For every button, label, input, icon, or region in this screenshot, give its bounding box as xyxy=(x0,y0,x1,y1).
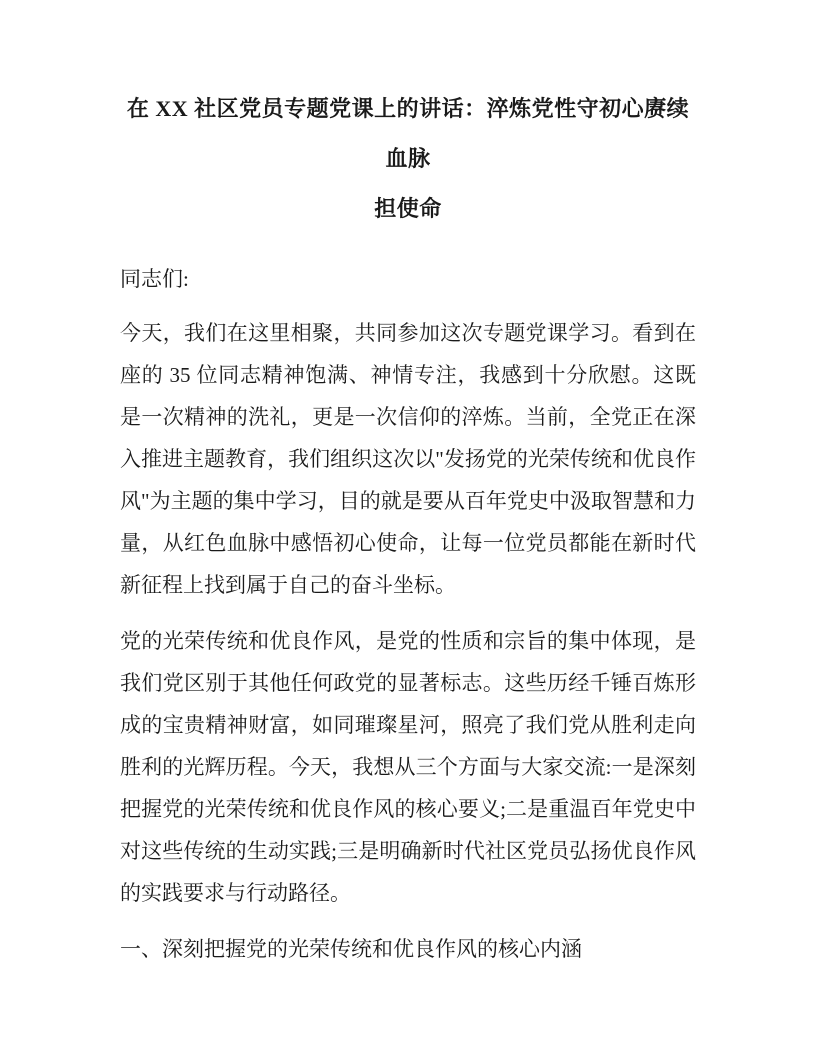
body-paragraph-1: 今天，我们在这里相聚，共同参加这次专题党课学习。看到在座的 35 位同志精神饱满… xyxy=(120,312,696,606)
document-title-line-2: 担使命 xyxy=(120,184,696,234)
document-title: 在 XX 社区党员专题党课上的讲话：淬炼党性守初心赓续血脉 担使命 xyxy=(120,84,696,234)
document-title-line-1: 在 XX 社区党员专题党课上的讲话：淬炼党性守初心赓续血脉 xyxy=(120,84,696,184)
body-paragraph-2: 党的光荣传统和优良作风，是党的性质和宗旨的集中体现，是我们党区别于其他任何政党的… xyxy=(120,620,696,914)
section-heading: 一、深刻把握党的光荣传统和优良作风的核心内涵 xyxy=(120,928,696,970)
salutation: 同志们: xyxy=(120,258,696,300)
document-page: 在 XX 社区党员专题党课上的讲话：淬炼党性守初心赓续血脉 担使命 同志们: 今… xyxy=(0,0,816,1056)
